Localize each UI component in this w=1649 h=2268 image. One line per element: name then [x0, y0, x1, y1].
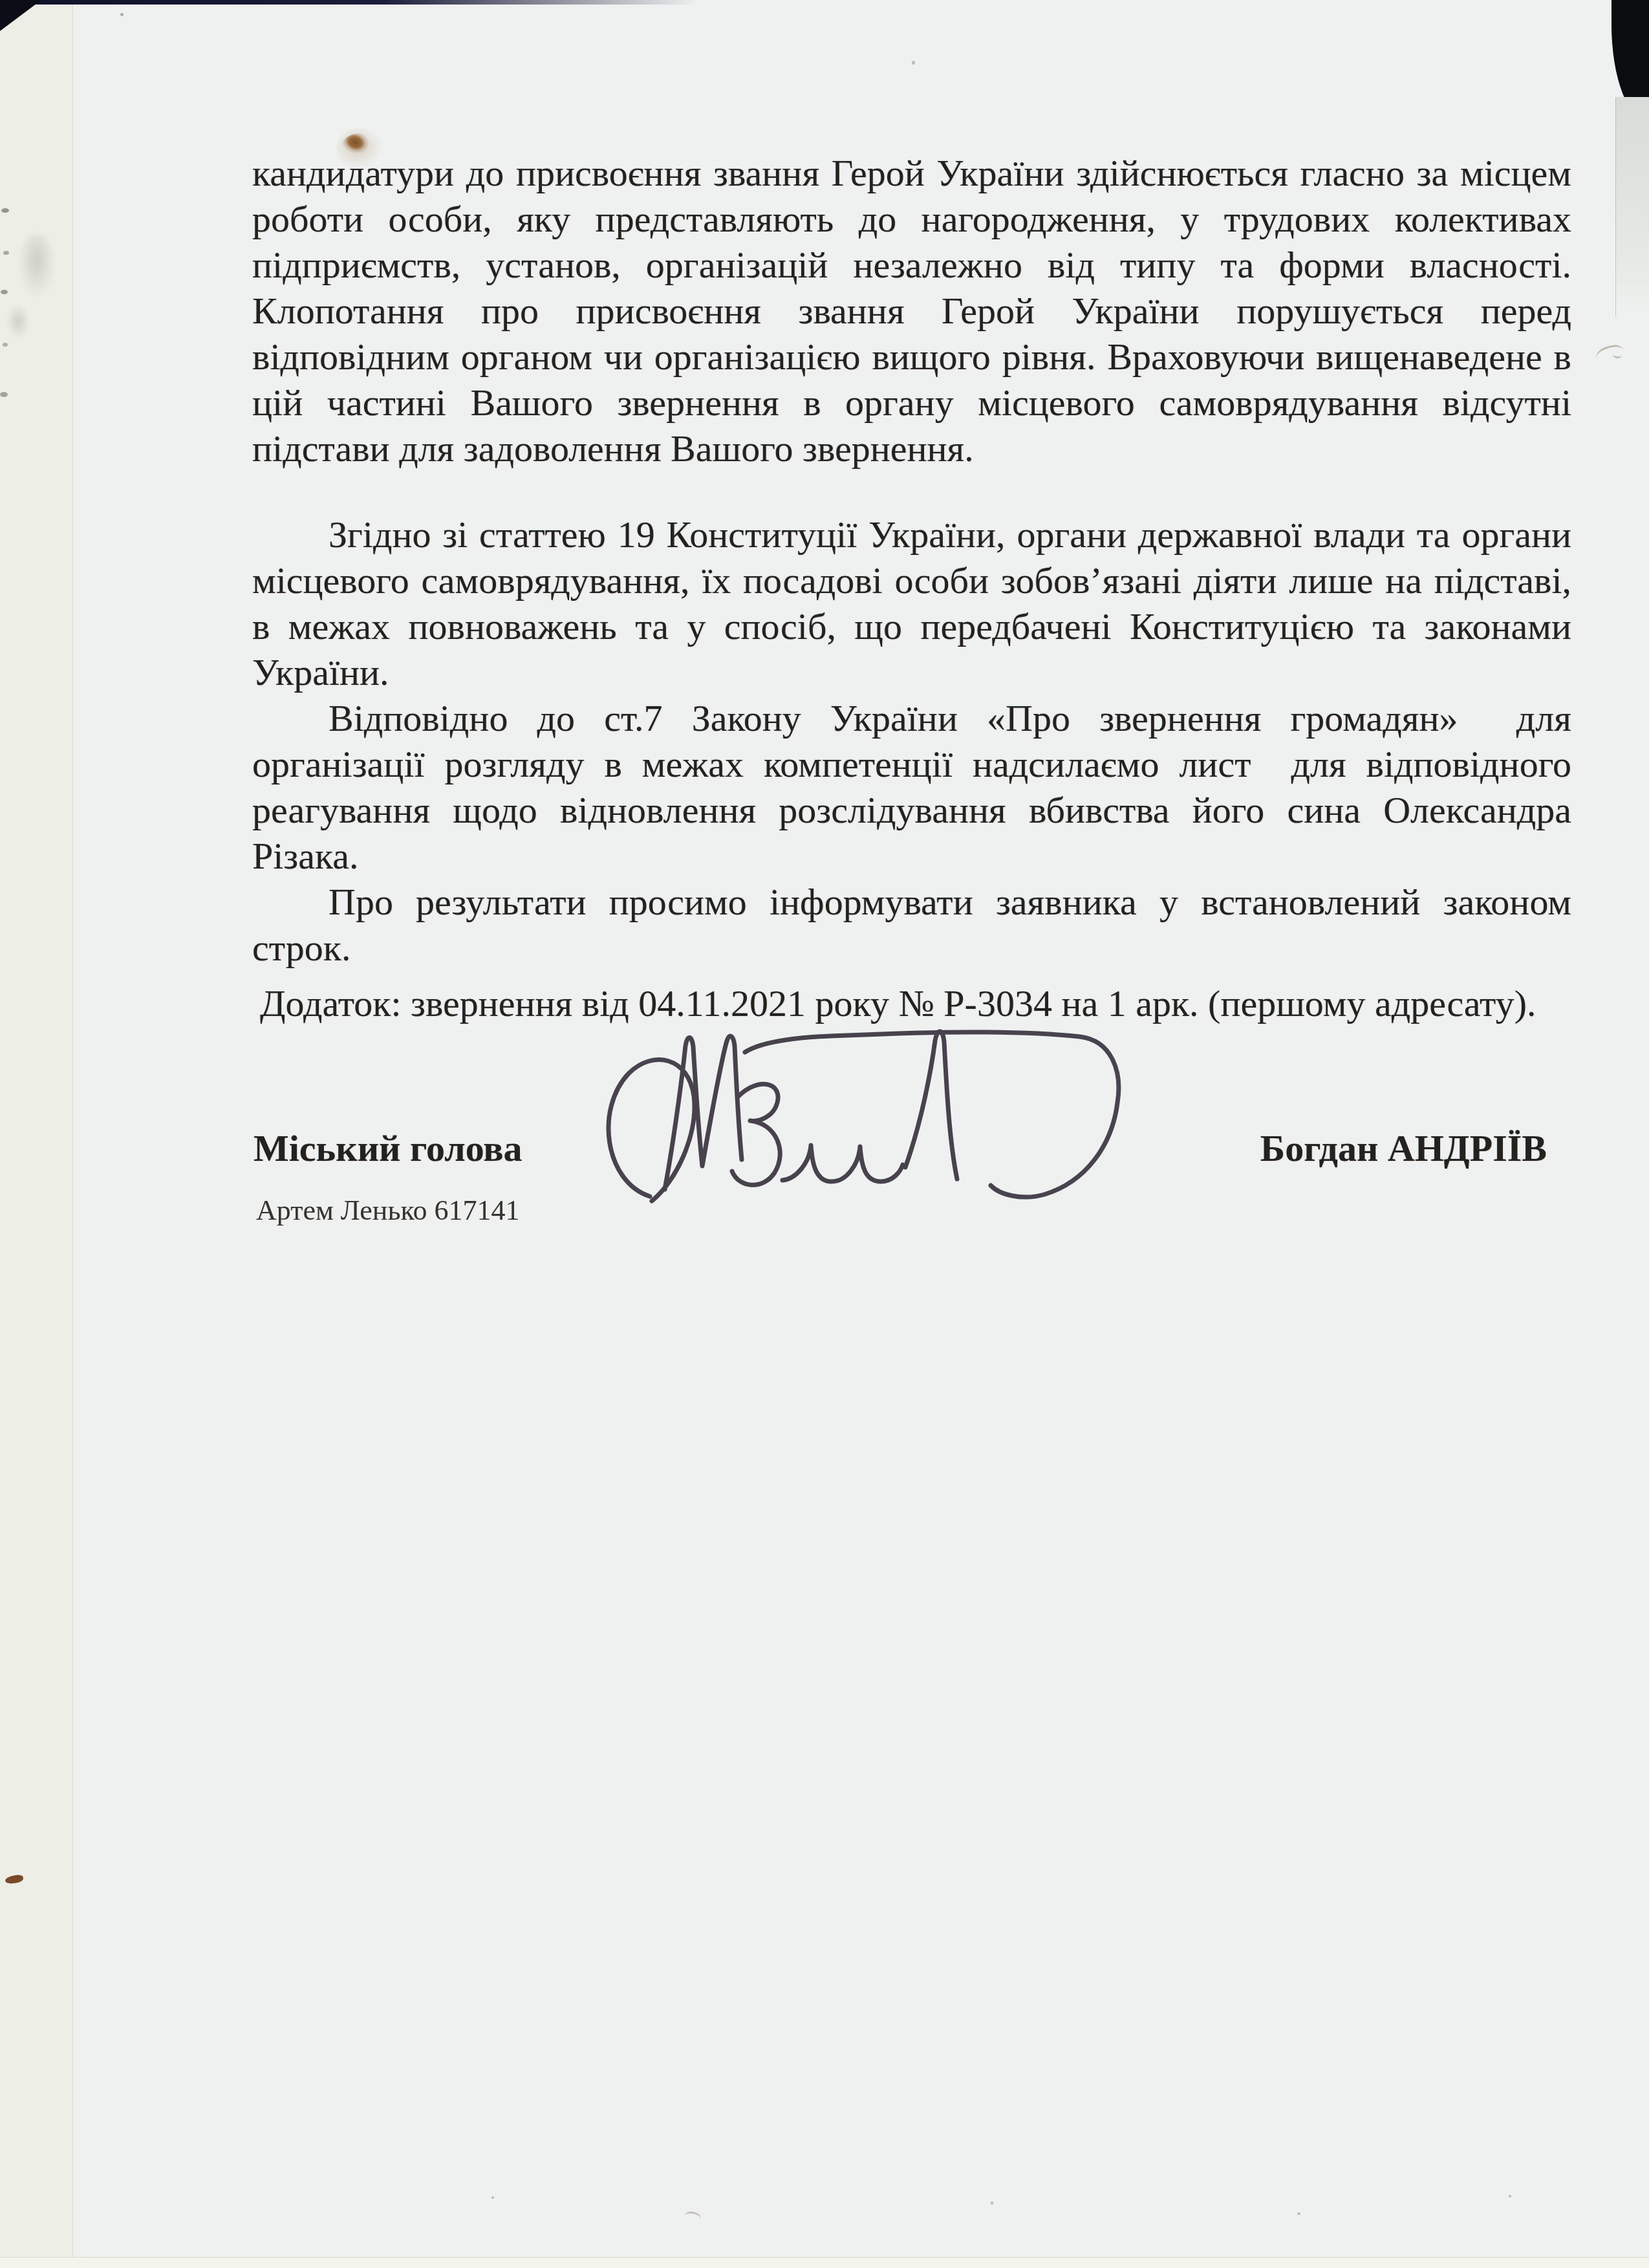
scanned-letter-page: кандидатури до присвоєння звання Герой У… — [0, 0, 1649, 2268]
signer-name: Богдан АНДРІЇВ — [1260, 1125, 1547, 1171]
paper-bottom-edge — [0, 2257, 1649, 2268]
dust-speck — [491, 2196, 494, 2199]
left-smudge — [18, 234, 56, 299]
letter-body: кандидатури до присвоєння звання Герой У… — [252, 150, 1571, 971]
clerk-reference: Артем Ленько 617141 — [256, 1194, 520, 1227]
dust-speck — [912, 61, 915, 65]
signer-title: Міський голова — [253, 1125, 523, 1171]
body-paragraph-3: Відповідно до ст.7 Закону України «Про з… — [252, 695, 1571, 879]
body-paragraph-2: Згідно зі статтею 19 Конституції України… — [252, 512, 1571, 695]
pencil-squiggle — [684, 2210, 702, 2224]
dust-speck — [1509, 2195, 1511, 2198]
paper-right-edge — [1615, 97, 1649, 317]
body-paragraph-1: кандидатури до присвоєння звання Герой У… — [252, 150, 1571, 471]
scan-top-edge — [0, 0, 698, 5]
edge-speck — [3, 343, 8, 347]
dust-speck — [991, 2201, 993, 2205]
dust-speck — [120, 13, 124, 16]
edge-speck — [1, 208, 9, 213]
body-paragraph-4: Про результати просимо інформувати заявн… — [252, 879, 1571, 971]
paper-left-edge — [0, 0, 73, 2268]
left-smudge — [6, 304, 30, 339]
signature-ink — [569, 1012, 1138, 1213]
edge-speck — [1, 290, 8, 294]
dust-speck — [1297, 2212, 1300, 2215]
edge-speck — [3, 251, 9, 255]
pencil-squiggle — [1594, 343, 1626, 368]
edge-speck — [0, 392, 8, 397]
